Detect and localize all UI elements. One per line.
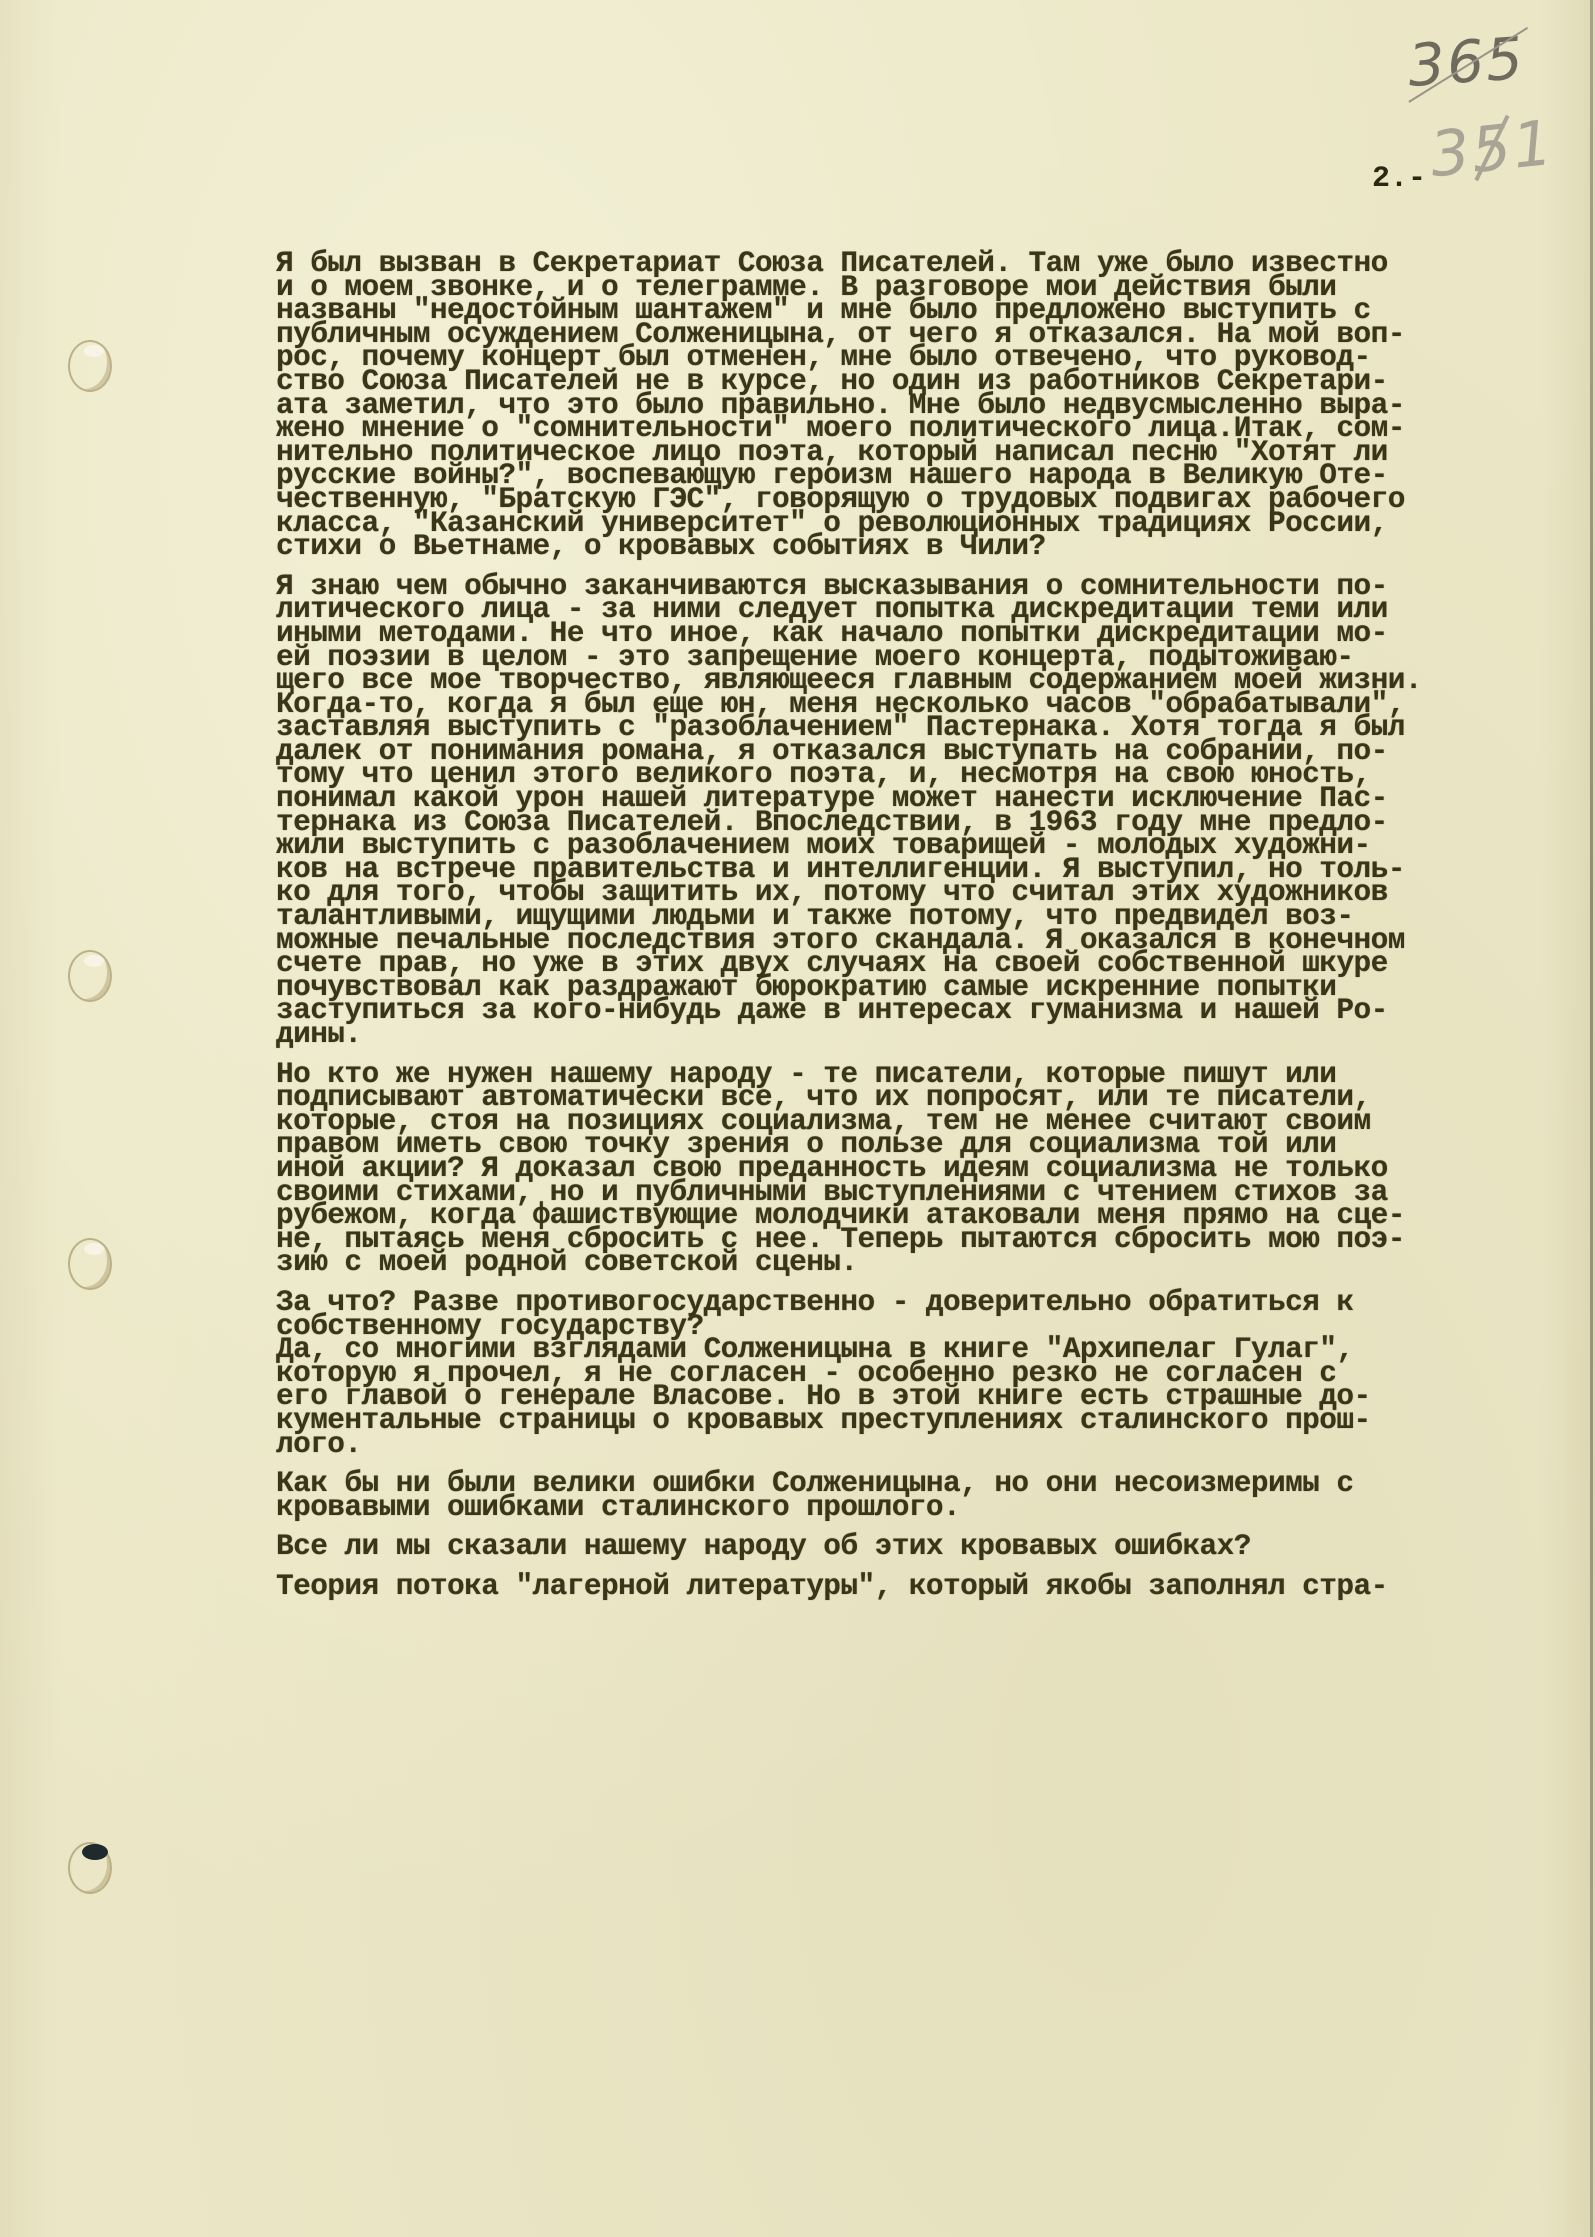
paragraph: За что? Разве противогосударственно - до… bbox=[276, 1291, 1595, 1456]
text-line: кровавыми ошибками сталинского прошлого. bbox=[276, 1496, 1595, 1520]
document-body: Я был вызван в Секретариат Союза Писател… bbox=[276, 252, 1595, 1614]
punch-hole-2 bbox=[68, 950, 112, 1002]
punch-hole-4 bbox=[68, 1842, 112, 1894]
pencil-folio-number-crossed: 365 bbox=[1406, 24, 1527, 100]
text-line: Теория потока "лагерной литературы", кот… bbox=[276, 1575, 1595, 1599]
text-line: Все ли мы сказали нашему народу об этих … bbox=[276, 1535, 1595, 1559]
text-line: кументальные страницы о кровавых преступ… bbox=[276, 1409, 1595, 1433]
punch-hole-3 bbox=[68, 1238, 112, 1290]
paragraph: Все ли мы сказали нашему народу об этих … bbox=[276, 1535, 1595, 1559]
paragraph: Теория потока "лагерной литературы", кот… bbox=[276, 1575, 1595, 1599]
paragraph: Как бы ни были велики ошибки Солженицына… bbox=[276, 1472, 1595, 1519]
pencil-folio-number: 351 bbox=[1427, 106, 1558, 192]
text-line: стихи о Вьетнаме, о кровавых событиях в … bbox=[276, 535, 1595, 559]
paragraph: Но кто же нужен нашему народу - те писат… bbox=[276, 1063, 1595, 1275]
text-line: заступиться за кого-нибудь даже в интере… bbox=[276, 999, 1595, 1023]
paragraph: Я знаю чем обычно заканчиваются высказыв… bbox=[276, 575, 1595, 1047]
page-number: 2.- bbox=[1372, 162, 1426, 196]
paragraph: Я был вызван в Секретариат Союза Писател… bbox=[276, 252, 1595, 559]
punch-hole-1 bbox=[68, 340, 112, 392]
